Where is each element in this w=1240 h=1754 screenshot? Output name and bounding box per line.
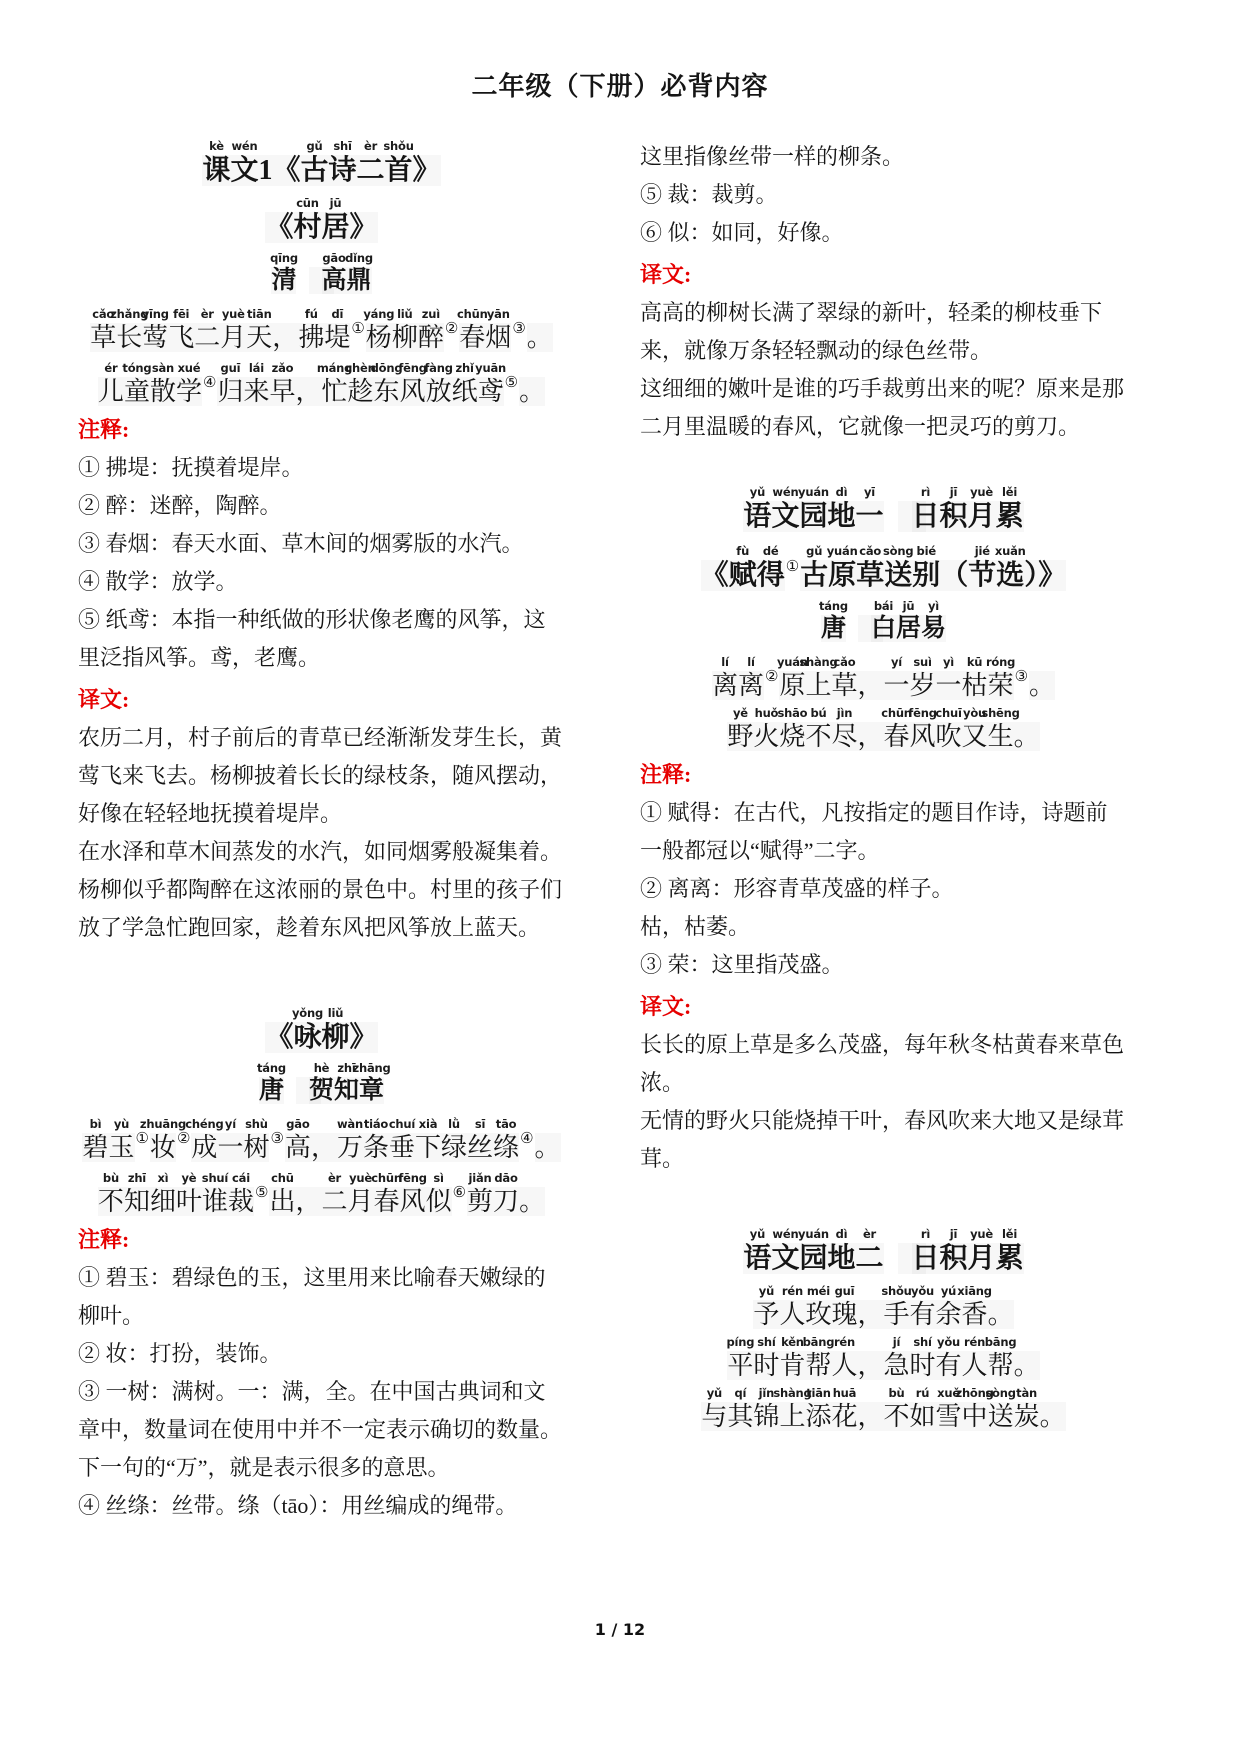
hanzi: 枯 [962, 671, 988, 700]
hanzi: 得 [757, 560, 785, 591]
ruby-segment: huǒ火 [753, 721, 779, 752]
ruby-segment: yuè月 [968, 500, 996, 533]
hanzi: 唐 [821, 615, 846, 642]
pinyin: tiān [806, 1387, 831, 1400]
superscript-ref: ② [177, 1129, 190, 1148]
ruby-segment: ， [857, 1401, 883, 1432]
hanzi: 一 [855, 501, 883, 532]
hanzi: 中 [962, 1402, 988, 1431]
yuandi1-poem-line-2: yě野huǒ火shāo烧bú不jìn尽，chūn春fēng风chuī吹yòu又s… [640, 705, 1127, 752]
pinyin: bái [874, 600, 893, 613]
pinyin: cái [232, 1172, 250, 1185]
hanzi: 似 [426, 1187, 452, 1216]
pinyin: èr [328, 1172, 341, 1185]
hanzi: 园 [799, 501, 827, 532]
yongliu-translation-label: 译文: [640, 260, 1127, 290]
ruby-segment: cái裁 [228, 1186, 254, 1217]
ruby-segment: yǒu有 [936, 1350, 962, 1381]
hanzi: 草 [856, 560, 884, 591]
pinyin: chūn [371, 1172, 402, 1185]
pinyin: yǔ [750, 1228, 765, 1241]
hanzi: 《 [265, 212, 293, 243]
hanzi: 课 [202, 155, 230, 186]
hanzi: 飞 [168, 323, 194, 352]
pinyin: lěi [1002, 1228, 1017, 1241]
ruby-segment: jǐn锦 [753, 1401, 779, 1432]
paragraph: 枯，枯萎。 [640, 908, 1127, 946]
ruby-segment: 《 [265, 1021, 293, 1054]
ruby-segment: èr二 [357, 154, 385, 187]
hanzi: 趁 [348, 377, 374, 406]
superscript-ref: ⑤ [505, 373, 518, 392]
ruby-segment: wén文 [230, 154, 258, 187]
ruby-segment: bù不 [98, 1186, 124, 1217]
hanzi: 归 [217, 377, 243, 406]
yongliu-notes-label: 注释: [78, 1225, 565, 1255]
pinyin: gāo [322, 252, 345, 265]
hanzi: （ [940, 560, 968, 591]
ruby-segment: chéng成 [191, 1132, 217, 1163]
ruby-segment: yuè月 [220, 322, 246, 353]
pinyin: dì [836, 1228, 848, 1241]
hanzi: 帮 [805, 1351, 831, 1380]
pinyin: dì [836, 486, 848, 499]
ruby-segment: máng忙 [322, 376, 348, 407]
hanzi: 花 [831, 1402, 857, 1431]
ruby-segment: 。 [527, 322, 553, 353]
paragraph: ⑥ 似：如同，好像。 [640, 214, 1127, 252]
hanzi: 送 [988, 1402, 1014, 1431]
ruby-segment: xiāng香 [962, 1299, 988, 1330]
hanzi: 雪 [936, 1402, 962, 1431]
ruby-segment: liǔ柳 [322, 1021, 350, 1054]
pinyin: bì [90, 1118, 102, 1131]
ruby-segment: wén文 [771, 500, 799, 533]
hanzi: 下 [415, 1133, 441, 1162]
hanzi: 帮 [988, 1351, 1014, 1380]
hanzi: 首 [385, 155, 413, 186]
ruby-segment: fàng放 [426, 376, 452, 407]
hanzi: ， [272, 323, 298, 352]
hanzi: 垂 [389, 1133, 415, 1162]
pinyin: ér [104, 362, 117, 375]
hanzi: 生 [988, 722, 1014, 751]
ruby-segment: zhuāng妆 [150, 1132, 176, 1163]
pinyin: shù [245, 1118, 268, 1131]
pinyin: yáng [363, 308, 394, 321]
hanzi: ， [295, 377, 321, 406]
ruby-segment: méi玫 [805, 1299, 831, 1330]
pinyin: wén [772, 486, 798, 499]
ruby-segment: ， [857, 670, 883, 701]
pinyin: yú [941, 1285, 956, 1298]
hanzi: 语 [743, 501, 771, 532]
hanzi: 草 [90, 323, 116, 352]
pinyin: yuán [798, 1228, 829, 1241]
pinyin: kěn [781, 1336, 804, 1349]
ruby-segment: sì似 [426, 1186, 452, 1217]
ruby-segment: dì地 [827, 500, 855, 533]
ruby-segment: dāo刀 [493, 1186, 519, 1217]
ruby-segment: xià下 [415, 1132, 441, 1163]
pinyin: zhuāng [140, 1118, 186, 1131]
hanzi: 吹 [936, 722, 962, 751]
hanzi: 条 [363, 1133, 389, 1162]
hanzi: ， [295, 1187, 321, 1216]
ruby-segment: yáng杨 [366, 322, 392, 353]
ruby-segment [884, 500, 912, 533]
ruby-segment: ， [295, 1186, 321, 1217]
ruby-segment: dé得 [757, 559, 785, 592]
ruby-segment: bāng帮 [805, 1350, 831, 1381]
ruby-segment: 》 [413, 154, 441, 187]
paragraph: 高高的柳树长满了翠绿的新叶，轻柔的柳枝垂下来，就像万条轻轻飘动的绿色丝带。 [640, 294, 1127, 370]
pinyin: méi [807, 1285, 830, 1298]
hanzi: 易 [921, 615, 946, 642]
pinyin: yuán [798, 486, 829, 499]
yuandi1-notes-label: 注释: [640, 760, 1127, 790]
pinyin: bù [103, 1172, 119, 1185]
ruby-segment: ， [857, 1350, 883, 1381]
superscript-ref: ③ [512, 319, 525, 338]
ruby-segment: bú不 [805, 721, 831, 752]
pinyin: bāng [803, 1336, 835, 1349]
right-column: 这里指像丝带一样的柳条。⑤ 裁：裁剪。⑥ 似：如同，好像。 译文: 高高的柳树长… [640, 138, 1127, 1436]
pinyin: gǔ [806, 545, 822, 558]
pinyin: sī [475, 1118, 485, 1131]
hanzi: 绿 [441, 1133, 467, 1162]
hanzi: 。 [1014, 722, 1040, 751]
pinyin: lǜ [448, 1118, 460, 1131]
hanzi: 》 [413, 155, 441, 186]
ruby-segment: 。 [1014, 1350, 1040, 1381]
pinyin: shǒu [881, 1285, 911, 1298]
lesson1-heading: kè课wén文1《gǔ古shī诗èr二shǒu首》 [78, 138, 565, 187]
hanzi: 又 [962, 722, 988, 751]
hanzi: 炭 [1014, 1402, 1040, 1431]
hanzi: 离 [738, 671, 764, 700]
cunju-poem-line-1: cǎo草zhǎng长yīng莺fēi飞èr二yuè月tiān天，fú拂dī堤①y… [78, 303, 565, 353]
ruby-segment: qīng清 [271, 266, 296, 295]
pinyin: róng [986, 656, 1015, 669]
pinyin: yuè [970, 486, 993, 499]
pinyin: bù [888, 1387, 904, 1400]
hanzi: 送 [884, 560, 912, 591]
ruby-segment: yù玉 [108, 1132, 134, 1163]
pinyin: rú [916, 1387, 929, 1400]
pinyin: jìn [837, 707, 852, 720]
hanzi: 文 [771, 501, 799, 532]
yuandi2-heading: yǔ语wén文yuán园dì地èr二 rì日jī积yuè月lěi累 [640, 1226, 1127, 1275]
yongliu-poem-title: 《yǒng咏liǔ柳》 [78, 1005, 565, 1054]
pinyin: yǒng [292, 1007, 323, 1020]
ruby-segment: yì易 [921, 614, 946, 643]
ruby-segment: tàn炭 [1014, 1401, 1040, 1432]
hanzi: 手 [884, 1300, 910, 1329]
ruby-segment: rì日 [912, 500, 940, 533]
hanzi: 《 [265, 1022, 293, 1053]
ruby-segment: yè叶 [176, 1186, 202, 1217]
ruby-segment: sàn散 [150, 376, 176, 407]
hanzi: 不 [805, 722, 831, 751]
ruby-segment: rén人 [831, 1350, 857, 1381]
hanzi: 古 [800, 560, 828, 591]
ruby-segment: wàn万 [337, 1132, 363, 1163]
ruby-segment: bāng帮 [988, 1350, 1014, 1381]
pinyin: dī [331, 308, 343, 321]
pinyin: shàng [799, 656, 837, 669]
ruby-segment: yú余 [936, 1299, 962, 1330]
ruby-segment: sòng送 [988, 1401, 1014, 1432]
hanzi: 居 [896, 615, 921, 642]
hanzi: 与 [701, 1402, 727, 1431]
ruby-segment: yuán原 [828, 559, 856, 592]
ruby-segment: shí时 [910, 1350, 936, 1381]
pinyin: shuí [202, 1172, 228, 1185]
ruby-segment: yǔ语 [743, 1242, 771, 1275]
paragraph: ② 醉：迷醉，陶醉。 [78, 487, 565, 525]
ruby-segment: liǔ柳 [392, 322, 418, 353]
ruby-segment: kū枯 [962, 670, 988, 701]
ruby-segment: xué学 [176, 376, 202, 407]
ruby-segment: yě野 [727, 721, 753, 752]
hanzi: 烟 [485, 323, 511, 352]
pinyin: cǎo [834, 656, 856, 669]
pinyin: huā [833, 1387, 857, 1400]
pinyin: bié [917, 545, 936, 558]
paragraph: 这细细的嫩叶是谁的巧手裁剪出来的呢？原来是那二月里温暖的春风，它就像一把灵巧的剪… [640, 370, 1127, 446]
hanzi: ， [857, 1402, 883, 1431]
ruby-segment: lǜ绿 [441, 1132, 467, 1163]
hanzi: 其 [727, 1402, 753, 1431]
hanzi: 月 [968, 501, 996, 532]
hanzi: 累 [996, 1243, 1024, 1274]
ruby-segment: zǎo早 [269, 376, 295, 407]
hanzi: 累 [996, 501, 1024, 532]
hanzi: 锦 [753, 1402, 779, 1431]
ruby-segment: shēng生 [988, 721, 1014, 752]
ruby-segment: dì地 [827, 1242, 855, 1275]
yuandi1-poem-line-1: lí离lí离②yuán原shàng上cǎo草，yí一suì岁yì一kū枯róng… [640, 651, 1127, 701]
paragraph: ④ 散学：放学。 [78, 563, 565, 601]
hanzi: 拂 [298, 323, 324, 352]
hanzi: 烧 [779, 722, 805, 751]
ruby-segment: ， [857, 1299, 883, 1330]
hanzi: 树 [243, 1133, 269, 1162]
pinyin: shāo [777, 707, 807, 720]
pinyin: sàn [152, 362, 174, 375]
ruby-segment: yǔ予 [753, 1299, 779, 1330]
hanzi: 成 [191, 1133, 217, 1162]
hanzi: 绦 [493, 1133, 519, 1162]
ruby-segment: yǒng咏 [293, 1021, 321, 1054]
hanzi: 天 [246, 323, 272, 352]
pinyin: jǐn [759, 1387, 774, 1400]
ruby-segment: chūn春 [459, 322, 485, 353]
ruby-segment: chūn春 [374, 1186, 400, 1217]
ruby-segment: lěi累 [996, 1242, 1024, 1275]
ruby-segment: fù赋 [729, 559, 757, 592]
pinyin: tàn [1016, 1387, 1037, 1400]
superscript-ref: ② [445, 319, 458, 338]
ruby-segment: tiān天 [246, 322, 272, 353]
pinyin: yuān [475, 362, 506, 375]
left-column: kè课wén文1《gǔ古shī诗èr二shǒu首》 《cūn村jū居》 qīng… [78, 138, 565, 1525]
hanzi: 积 [940, 1243, 968, 1274]
hanzi: 风 [400, 1187, 426, 1216]
yuandi1-poem-title: 《fù赋dé得①gǔ古yuán原cǎo草sòng送bié别（jié节xuǎn选）… [640, 541, 1127, 592]
pinyin: yè [182, 1172, 197, 1185]
pinyin: lí [721, 656, 728, 669]
hanzi: 杨 [366, 323, 392, 352]
pinyin: zhāng [352, 1062, 390, 1075]
ruby-segment: huā花 [831, 1401, 857, 1432]
pinyin: chū [271, 1172, 294, 1185]
pinyin: rì [921, 1228, 930, 1241]
pinyin: èr [201, 308, 214, 321]
ruby-segment: zhī知 [334, 1076, 359, 1105]
yongliu-poem-line-1: bì碧yù玉①zhuāng妆②chéng成yí一shù树③gāo高，wàn万ti… [78, 1113, 565, 1163]
pinyin: yǔ [707, 1387, 722, 1400]
ruby-segment: ， [311, 1132, 337, 1163]
hanzi: 散 [150, 377, 176, 406]
ruby-segment: lěi累 [996, 500, 1024, 533]
hanzi: 火 [753, 722, 779, 751]
pinyin: yì [928, 600, 939, 613]
paragraph: ④ 丝绦：丝带。绦（tāo）：用丝编成的绳带。 [78, 1487, 565, 1525]
pinyin: shí [757, 1336, 775, 1349]
hanzi: 人 [779, 1300, 805, 1329]
pinyin: fēi [173, 308, 189, 321]
hanzi: 节 [968, 560, 996, 591]
hanzi: 二 [194, 323, 220, 352]
hanzi: 不 [98, 1187, 124, 1216]
paragraph: ① 赋得：在古代，凡按指定的题目作诗，诗题前一般都冠以“赋得”二字。 [640, 794, 1127, 870]
hanzi: 余 [936, 1300, 962, 1329]
hanzi: 平 [727, 1351, 753, 1380]
hanzi: 二 [322, 1187, 348, 1216]
pinyin: liǔ [397, 308, 412, 321]
hanzi: 。 [519, 1187, 545, 1216]
ruby-segment: shàng上 [805, 670, 831, 701]
hanzi: ， [857, 671, 883, 700]
ruby-segment: chūn春 [884, 721, 910, 752]
ruby-segment: lái来 [243, 376, 269, 407]
ruby-segment: 》 [350, 1021, 378, 1054]
pinyin: sì [433, 1172, 443, 1185]
cunju-notes: ① 拂堤：抚摸着堤岸。② 醉：迷醉，陶醉。③ 春烟：春天水面、草木间的烟雾版的水… [78, 449, 565, 677]
pinyin: fú [305, 308, 318, 321]
ruby-segment: dōng东 [374, 376, 400, 407]
ruby-segment: yuè月 [348, 1186, 374, 1217]
hanzi: 原 [779, 671, 805, 700]
ruby-segment: èr二 [855, 1242, 883, 1275]
ruby-segment: bù不 [884, 1401, 910, 1432]
hanzi: 二 [855, 1243, 883, 1274]
ruby-segment: ， [295, 376, 321, 407]
ruby-segment: shǒu首 [385, 154, 413, 187]
ruby-segment: shí时 [753, 1350, 779, 1381]
yongliu-notes-continued: 这里指像丝带一样的柳条。⑤ 裁：裁剪。⑥ 似：如同，好像。 [640, 138, 1127, 252]
ruby-segment: kè课 [202, 154, 230, 187]
hanzi: 莺 [142, 323, 168, 352]
pinyin: yě [733, 707, 748, 720]
ruby-segment: ）》 [1024, 559, 1066, 592]
hanzi: 妆 [150, 1133, 176, 1162]
ruby-segment: fēng风 [400, 1186, 426, 1217]
ruby-segment: ， [272, 322, 298, 353]
ruby-segment: dī堤 [324, 322, 350, 353]
pinyin: táng [819, 600, 848, 613]
ruby-segment: lí离 [712, 670, 738, 701]
hanzi: 柳 [322, 1022, 350, 1053]
pinyin: yǒu [937, 1336, 960, 1349]
hanzi: 细 [150, 1187, 176, 1216]
hanzi: 谁 [202, 1187, 228, 1216]
hanzi: 积 [940, 501, 968, 532]
hanzi: 碧 [82, 1133, 108, 1162]
cunju-translation: 农历二月，村子前后的青草已经渐渐发芽生长，黄莺飞来飞去。杨柳披着长长的绿枝条，随… [78, 719, 565, 947]
hanzi: 风 [910, 722, 936, 751]
hanzi: 如 [910, 1402, 936, 1431]
ruby-segment: zhī知 [124, 1186, 150, 1217]
hanzi: 香 [962, 1300, 988, 1329]
ruby-segment: wén文 [771, 1242, 799, 1275]
ruby-segment: chèn趁 [348, 376, 374, 407]
hanzi: 玉 [108, 1133, 134, 1162]
hanzi: 。 [1029, 671, 1055, 700]
page-title: 二年级（下册）必背内容 [78, 70, 1162, 104]
pinyin: yuè [222, 308, 245, 321]
ruby-segment: xuě雪 [936, 1401, 962, 1432]
hanzi: 时 [753, 1351, 779, 1380]
pinyin: shǒu [383, 140, 413, 153]
hanzi: 野 [727, 722, 753, 751]
superscript-ref: ⑤ [255, 1183, 268, 1202]
pinyin: xué [178, 362, 201, 375]
pinyin: yǔ [759, 1285, 774, 1298]
ruby-segment: yǔ语 [743, 500, 771, 533]
ruby-segment: fēng风 [910, 721, 936, 752]
pinyin: jū [903, 600, 915, 613]
pinyin: lěi [1002, 486, 1017, 499]
pinyin: yuè [349, 1172, 372, 1185]
ruby-segment: tiān添 [805, 1401, 831, 1432]
pinyin: chéng [185, 1118, 223, 1131]
pinyin: qīng [270, 252, 298, 265]
ruby-segment: gāo高 [322, 266, 347, 295]
ruby-segment: shàng上 [779, 1401, 805, 1432]
hanzi: 知 [334, 1077, 359, 1104]
ruby-segment: hè贺 [309, 1076, 334, 1105]
cunju-poem-line-2: ér儿tóng童sàn散xué学④guī归lái来zǎo早，máng忙chèn趁… [78, 357, 565, 407]
hanzi: 离 [712, 671, 738, 700]
hanzi: 醉 [418, 323, 444, 352]
pinyin: wén [231, 140, 257, 153]
hanzi: ， [857, 1300, 883, 1329]
yongliu-translation: 高高的柳树长满了翠绿的新叶，轻柔的柳枝垂下来，就像万条轻轻飘动的绿色丝带。这细细… [640, 294, 1127, 446]
ruby-segment [846, 614, 871, 643]
ruby-segment: 。 [1014, 721, 1040, 752]
ruby-segment: bié别 [912, 559, 940, 592]
hanzi: 儿 [98, 377, 124, 406]
hanzi: 村 [293, 212, 321, 243]
ruby-segment: shuí谁 [202, 1186, 228, 1217]
superscript-ref: ③ [270, 1129, 283, 1148]
pinyin: wàn [337, 1118, 363, 1131]
ruby-segment: zhōng中 [962, 1401, 988, 1432]
ruby-segment: yí一 [217, 1132, 243, 1163]
